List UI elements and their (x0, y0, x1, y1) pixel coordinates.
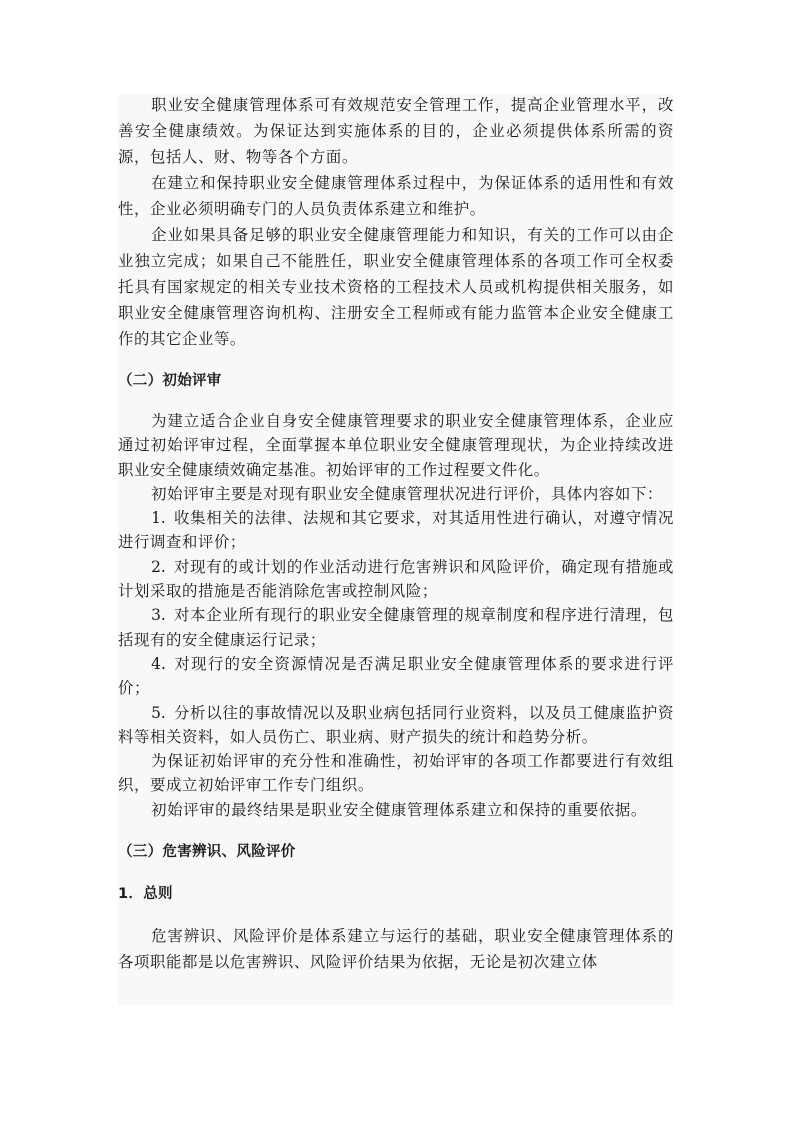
paragraph-review-1: 为建立适合企业自身安全健康管理要求的职业安全健康管理体系，企业应通过初始评审过程… (118, 409, 674, 482)
list-item-number: 4. (151, 655, 166, 673)
list-item-text: 对现行的安全资源情况是否满足职业安全健康管理体系的要求进行评价； (118, 655, 674, 697)
paragraph-review-closing-2: 初始评审的最终结果是职业安全健康管理体系建立和保持的重要依据。 (118, 798, 674, 822)
list-item-text: 对本企业所有现行的职业安全健康管理的规章制度和程序进行清理，包括现有的安全健康运… (118, 606, 674, 648)
list-item-number: 3. (151, 606, 166, 624)
list-item-text: 收集相关的法律、法规和其它要求，对其适用性进行确认，对遵守情况进行调查和评价； (118, 509, 674, 551)
list-item-text: 对现有的或计划的作业活动进行危害辨识和风险评价，确定现有措施或计划采取的措施是否… (118, 558, 674, 600)
paragraph-intro-2: 在建立和保持职业安全健康管理体系过程中，为保证体系的适用性和有效性，企业必须明确… (118, 170, 674, 222)
paragraph-hazard-1: 危害辨识、风险评价是体系建立与运行的基础，职业安全健康管理体系的各项职能都是以危… (118, 923, 674, 975)
list-item-1: 1.收集相关的法律、法规和其它要求，对其适用性进行确认，对遵守情况进行调查和评价… (118, 506, 674, 555)
list-item-2: 2.对现有的或计划的作业活动进行危害辨识和风险评价，确定现有措施或计划采取的措施… (118, 555, 674, 604)
paragraph-intro-3: 企业如果具备足够的职业安全健康管理能力和知识，有关的工作可以由企业独立完成；如果… (118, 222, 674, 352)
list-item-number: 1. (151, 509, 166, 527)
list-item-number: 2. (151, 558, 166, 576)
list-item-text: 分析以往的事故情况以及职业病包括同行业资料，以及员工健康监护资料等相关资料，如人… (118, 704, 674, 746)
list-item-5: 5.分析以往的事故情况以及职业病包括同行业资料，以及员工健康监护资料等相关资料，… (118, 701, 674, 750)
list-item-number: 5. (151, 704, 166, 722)
paragraph-intro-1: 职业安全健康管理体系可有效规范安全管理工作，提高企业管理水平，改善安全健康绩效。… (118, 92, 674, 170)
section-heading-initial-review: （二）初始评审 (118, 368, 674, 394)
section-heading-hazard-identification: （三）危害辨识、风险评价 (118, 839, 674, 865)
subsection-heading-general: 1．总则 (118, 881, 674, 907)
paragraph-review-2: 初始评审主要是对现有职业安全健康管理状况进行评价，具体内容如下： (118, 482, 674, 506)
paragraph-review-closing-1: 为保证初始评审的充分性和准确性，初始评审的各项工作都要进行有效组织，要成立初始评… (118, 749, 674, 798)
document-body: 职业安全健康管理体系可有效规范安全管理工作，提高企业管理水平，改善安全健康绩效。… (118, 92, 674, 975)
list-item-4: 4.对现行的安全资源情况是否满足职业安全健康管理体系的要求进行评价； (118, 652, 674, 701)
list-item-3: 3.对本企业所有现行的职业安全健康管理的规章制度和程序进行清理，包括现有的安全健… (118, 603, 674, 652)
